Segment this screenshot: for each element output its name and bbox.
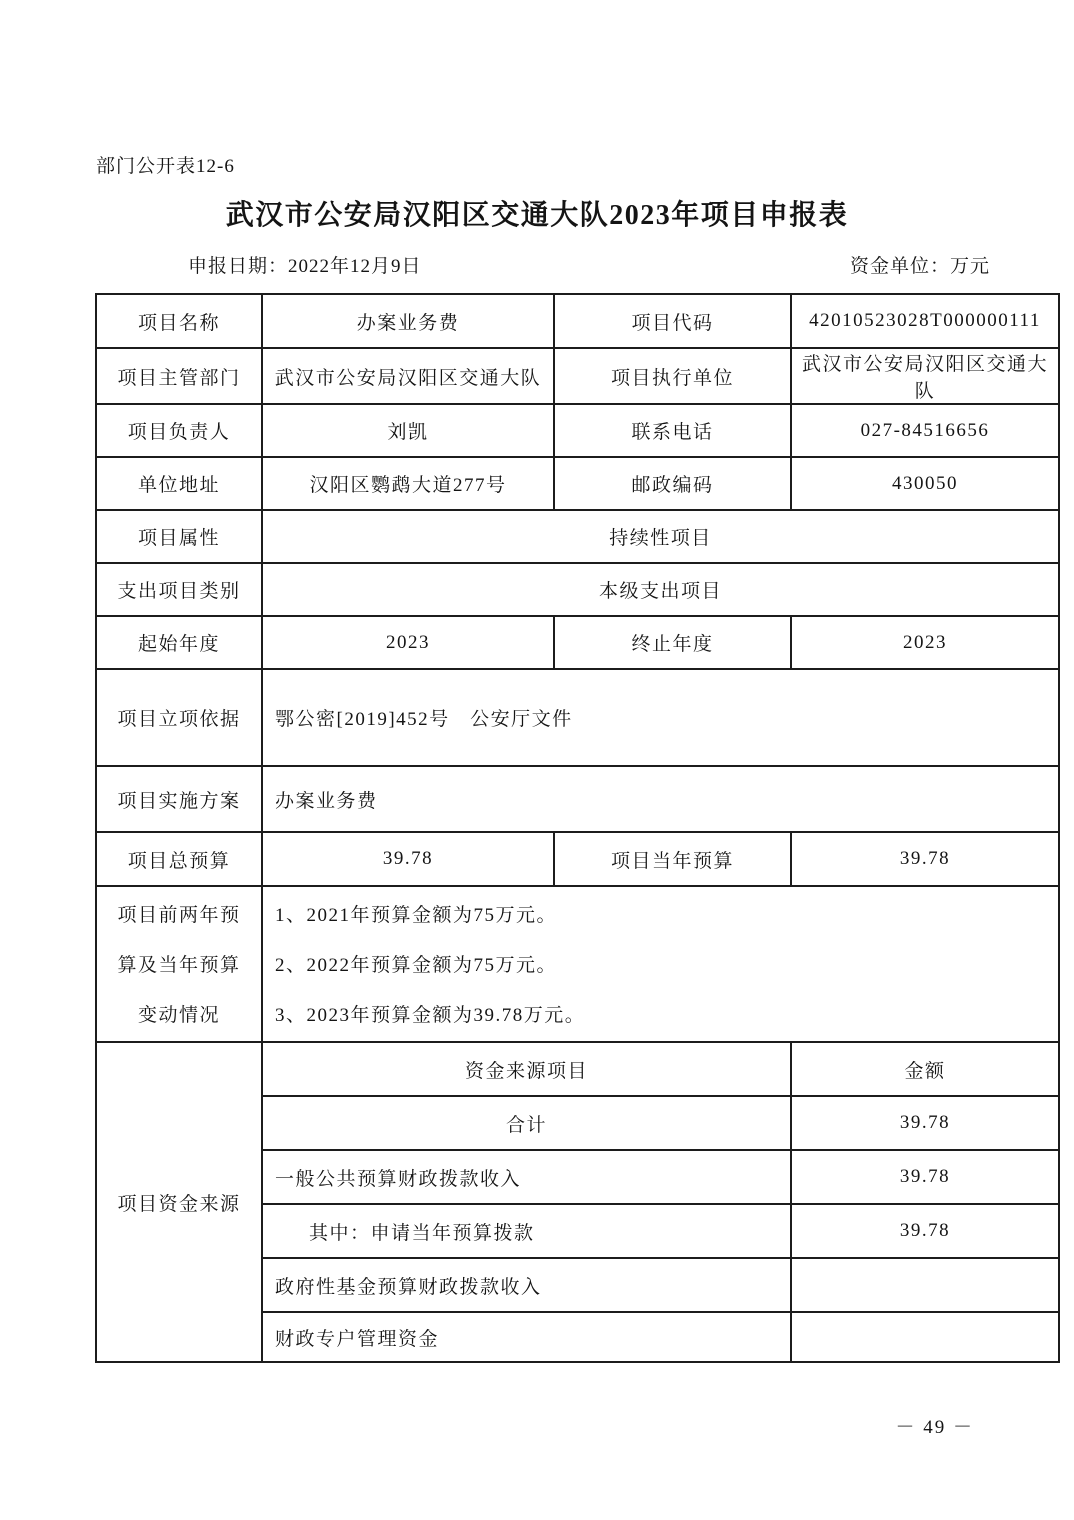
fund-unit: 资金单位：万元	[850, 251, 990, 278]
postal-code-label: 邮政编码	[554, 457, 791, 510]
project-leader-value: 刘凯	[262, 404, 554, 457]
implementation-plan-value: 办案业务费	[262, 766, 1059, 832]
project-name-label: 项目名称	[96, 294, 262, 348]
funding-current-year-request-label: 其中：申请当年预算拨款	[262, 1204, 791, 1258]
project-code-label: 项目代码	[554, 294, 791, 348]
expenditure-category-value: 本级支出项目	[262, 563, 1059, 616]
funding-source-label: 项目资金来源	[96, 1042, 262, 1362]
total-budget-value: 39.78	[262, 832, 554, 886]
funding-gov-fund-amount	[791, 1258, 1059, 1312]
supervising-dept-value: 武汉市公安局汉阳区交通大队	[262, 348, 554, 404]
start-year-value: 2023	[262, 616, 554, 669]
approval-basis-value: 鄂公密[2019]452号 公安厅文件	[262, 669, 1059, 766]
row-implementation-plan: 项目实施方案 办案业务费	[96, 766, 1059, 832]
row-project-name: 项目名称 办案业务费 项目代码 42010523028T000000111	[96, 294, 1059, 348]
funding-total-label: 合计	[262, 1096, 791, 1150]
project-attribute-label: 项目属性	[96, 510, 262, 563]
expenditure-category-label: 支出项目类别	[96, 563, 262, 616]
postal-code-value: 430050	[791, 457, 1059, 510]
supervising-dept-label: 项目主管部门	[96, 348, 262, 404]
funding-amount-header: 金额	[791, 1042, 1059, 1096]
total-budget-label: 项目总预算	[96, 832, 262, 886]
row-budget: 项目总预算 39.78 项目当年预算 39.78	[96, 832, 1059, 886]
report-date: 申报日期：2022年12月9日	[188, 251, 422, 278]
row-expenditure-category: 支出项目类别 本级支出项目	[96, 563, 1059, 616]
row-project-leader: 项目负责人 刘凯 联系电话 027-84516656	[96, 404, 1059, 457]
funding-total-amount: 39.78	[791, 1096, 1059, 1150]
row-address: 单位地址 汉阳区鹦鹉大道277号 邮政编码 430050	[96, 457, 1059, 510]
budget-history-label: 项目前两年预 算及当年预算 变动情况	[96, 886, 262, 1042]
funding-gov-fund-label: 政府性基金预算财政拨款收入	[262, 1258, 791, 1312]
end-year-label: 终止年度	[554, 616, 791, 669]
funding-current-year-request-amount: 39.78	[791, 1204, 1059, 1258]
meta-row: 申报日期：2022年12月9日 资金单位：万元	[188, 251, 990, 278]
funding-fiscal-account-amount	[791, 1312, 1059, 1362]
phone-label: 联系电话	[554, 404, 791, 457]
row-start-end-year: 起始年度 2023 终止年度 2023	[96, 616, 1059, 669]
row-project-attribute: 项目属性 持续性项目	[96, 510, 1059, 563]
row-approval-basis: 项目立项依据 鄂公密[2019]452号 公安厅文件	[96, 669, 1059, 766]
row-budget-history: 项目前两年预 算及当年预算 变动情况 1、2021年预算金额为75万元。 2、2…	[96, 886, 1059, 1042]
implementation-plan-label: 项目实施方案	[96, 766, 262, 832]
current-year-budget-label: 项目当年预算	[554, 832, 791, 886]
funding-general-budget-amount: 39.78	[791, 1150, 1059, 1204]
executing-unit-label: 项目执行单位	[554, 348, 791, 404]
project-code-value: 42010523028T000000111	[791, 294, 1059, 348]
end-year-value: 2023	[791, 616, 1059, 669]
start-year-label: 起始年度	[96, 616, 262, 669]
doc-label: 部门公开表12-6	[96, 151, 235, 178]
document-page: 部门公开表12-6 武汉市公安局汉阳区交通大队2023年项目申报表 申报日期：2…	[0, 0, 1074, 1520]
address-label: 单位地址	[96, 457, 262, 510]
project-leader-label: 项目负责人	[96, 404, 262, 457]
row-supervising-dept: 项目主管部门 武汉市公安局汉阳区交通大队 项目执行单位 武汉市公安局汉阳区交通大…	[96, 348, 1059, 404]
current-year-budget-value: 39.78	[791, 832, 1059, 886]
phone-value: 027-84516656	[791, 404, 1059, 457]
row-funding-header: 项目资金来源 资金来源项目 金额	[96, 1042, 1059, 1096]
approval-basis-label: 项目立项依据	[96, 669, 262, 766]
page-number: － 49 －	[0, 1412, 974, 1439]
executing-unit-value: 武汉市公安局汉阳区交通大队	[791, 348, 1059, 404]
funding-item-header: 资金来源项目	[262, 1042, 791, 1096]
funding-fiscal-account-label: 财政专户管理资金	[262, 1312, 791, 1362]
funding-general-budget-label: 一般公共预算财政拨款收入	[262, 1150, 791, 1204]
page-title: 武汉市公安局汉阳区交通大队2023年项目申报表	[0, 193, 1074, 233]
project-name-value: 办案业务费	[262, 294, 554, 348]
budget-history-value: 1、2021年预算金额为75万元。 2、2022年预算金额为75万元。 3、20…	[262, 886, 1059, 1042]
project-attribute-value: 持续性项目	[262, 510, 1059, 563]
address-value: 汉阳区鹦鹉大道277号	[262, 457, 554, 510]
application-form-table: 项目名称 办案业务费 项目代码 42010523028T000000111 项目…	[95, 293, 1060, 1363]
